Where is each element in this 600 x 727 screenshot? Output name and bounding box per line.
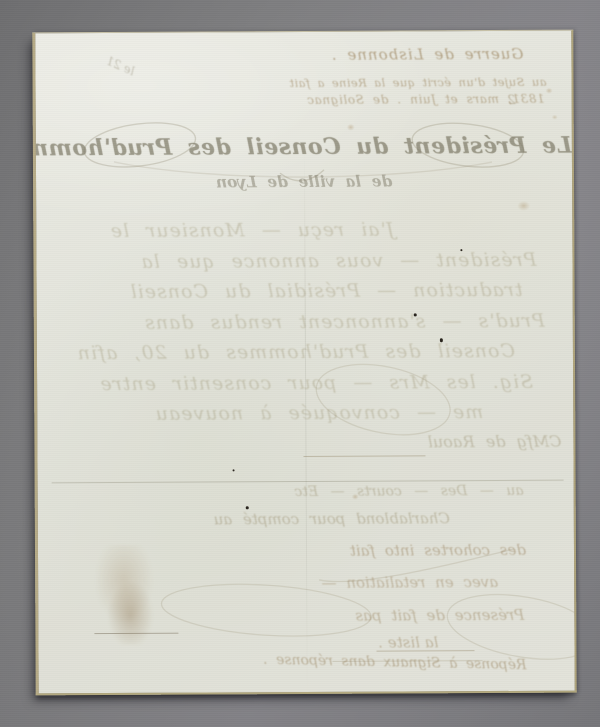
body-line: J'ai reçu — Monsieur le <box>60 214 544 247</box>
body-line: me — convoquée à nouveau <box>61 397 545 430</box>
foxing-spot <box>552 115 558 120</box>
annotation-line-2: au Sujet d'un écrit que la Reine a fait <box>289 75 547 90</box>
ink-speck <box>414 313 417 316</box>
scan-background: Guerre de Lisbonne . au Sujet d'un écrit… <box>0 0 600 727</box>
foxing-spot <box>517 201 530 211</box>
bottom-line: la liste . <box>378 633 438 651</box>
ink-speck <box>460 249 462 251</box>
foxing-spot <box>347 124 355 131</box>
ink-speck <box>233 469 235 471</box>
body-line: Président — vous annonce que la <box>60 244 544 277</box>
page-number-mark: 2 <box>507 93 515 108</box>
body-handwriting-block: J'ai reçu — Monsieur le Président — vous… <box>60 214 545 430</box>
foxing-spot <box>352 494 359 500</box>
body-line: Sig. les Mrs — pour consentir entre <box>61 366 545 399</box>
ink-speck <box>246 506 249 509</box>
foxing-spot <box>546 88 553 94</box>
document-paper: Guerre de Lisbonne . au Sujet d'un écrit… <box>32 30 576 696</box>
bottom-line: Présence de fait pas <box>355 606 524 625</box>
lower-line: Charlablond pour compté au <box>214 509 450 528</box>
annotation-line-1: Guerre de Lisbonne . <box>331 45 524 64</box>
lower-line: au — Des — courts — Etc <box>294 483 523 500</box>
bottom-line: avec en retaliation — <box>321 573 498 592</box>
bottom-line: des cohortes into fait <box>350 541 526 560</box>
body-line: Conseil des Prud'hommes du 20, afin <box>61 336 545 369</box>
signature-line: CMfg de Raoul <box>428 432 562 452</box>
body-line: Prud's — s'annoncent rendus dans <box>61 305 545 338</box>
body-line: traduction — Présidial du Conseil <box>61 275 545 308</box>
ink-smudge-stain <box>96 545 159 645</box>
ink-speck <box>440 338 443 342</box>
